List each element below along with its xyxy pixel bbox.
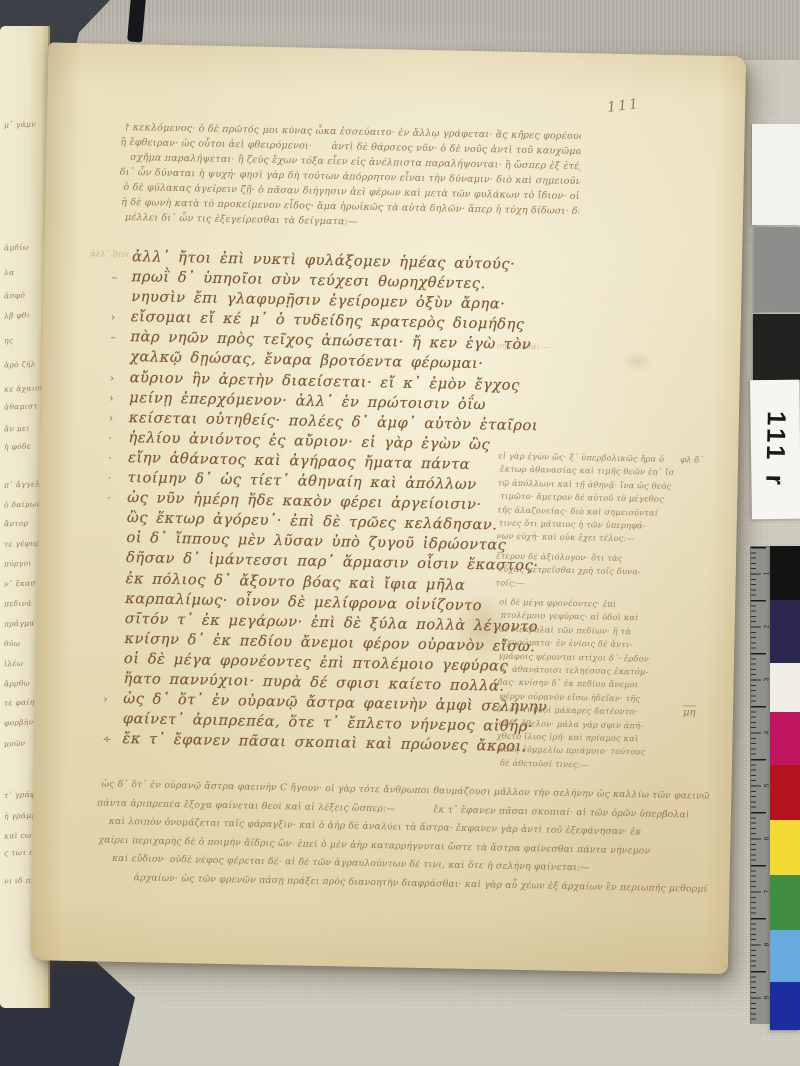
fore-edge-gloss: θύω <box>4 639 20 649</box>
right-margin-scholia-block-1: εἰ γὰρ ἐγὼν ὥς· ξ´ ὑπερβολικῶς ἤρα ὁἕκτω… <box>496 449 674 546</box>
grayscale-patch <box>754 227 800 312</box>
color-calibration-patch <box>770 765 800 820</box>
color-calibration-bar <box>770 546 800 1030</box>
fore-edge-gloss: π᾽ ἄγγελ <box>4 479 41 489</box>
bottom-scholia-block: ὡς δ᾽ ὅτ᾽ ἐν οὐρανῷ ἄστρα φαεινὴν Ϲ ἤγου… <box>95 776 709 900</box>
color-calibration-patch <box>770 820 800 875</box>
fore-edge-gloss: ης <box>4 336 14 345</box>
right-margin-scholia-block-2: ἕτερον δὲ ἀξιόλογον· ὅτι τὰςεὐχὰς μετρεῖ… <box>495 549 672 593</box>
margin-note-top-right: φλ δ´ <box>680 455 704 465</box>
color-calibration-patch <box>770 663 800 712</box>
folio-label-text: 111 r <box>759 410 792 488</box>
color-calibration-patch <box>770 982 800 1030</box>
fore-edge-gloss: κε ἀχαιοί <box>4 383 43 393</box>
color-calibration-patch <box>770 600 800 663</box>
color-calibration-patch <box>770 930 800 982</box>
grayscale-patch <box>753 314 800 380</box>
margin-siglum: · <box>108 452 128 465</box>
fore-edge-gloss: μνῶν <box>4 739 26 749</box>
right-margin-scholia-block-3: οἱ δὲ μέγα φρονέοντες· ἐπὶπτολέμοιο γεφύ… <box>496 596 675 774</box>
faint-margin-note: σημείωσαι — <box>496 341 550 351</box>
fore-edge-gloss: ἄν μει <box>4 424 30 434</box>
main-text-block: ἀλλ᾽ ἤτοι ἐπὶ νυκτὶ φυλάξομεν ἡμέας αὐτο… <box>102 248 562 759</box>
fore-edge-gloss: πεδινά <box>4 599 32 609</box>
grayscale-patch <box>752 124 800 225</box>
fore-edge-gloss: λα <box>4 268 15 277</box>
margin-siglum: › <box>109 411 129 424</box>
photographic-ruler: 1 2 3 4 5 6 7 8 9 <box>750 546 772 1024</box>
fore-edge-gloss: ὁ δαίμων <box>4 499 42 509</box>
margin-siglum: › <box>109 391 129 404</box>
margin-siglum: · <box>108 472 128 485</box>
fore-edge-gloss: ν᾽ ἕκασ <box>4 578 36 588</box>
color-calibration-patch <box>770 546 800 600</box>
folio-number: 111 <box>606 96 640 116</box>
fore-edge-gloss: ἄντορ <box>4 519 29 529</box>
grayscale-calibration-strip <box>752 124 800 382</box>
fore-edge-gloss: λβ φθι <box>4 311 30 321</box>
fore-edge-gloss: ἀρό ζήλ <box>4 359 36 369</box>
fore-edge-gloss: μ᾽ γάμν <box>4 119 36 129</box>
margin-siglum: ∻ <box>102 733 122 746</box>
margin-siglum: › <box>110 371 130 384</box>
fore-edge-gloss: ἀθαμιστ <box>4 401 38 411</box>
fore-edge-gloss: ἀμδίω <box>4 243 29 253</box>
margin-siglum: · <box>107 492 127 505</box>
top-scholia-block: † κεκλόμενος· ὁ δὲ πρῶτός μοι κύνας ὦκα … <box>119 120 581 234</box>
margin-note-bottom-right: μη <box>683 705 696 718</box>
fore-edge-gloss: ἱλέω <box>4 659 23 669</box>
margin-siglum: · <box>108 432 128 445</box>
margin-siglum: – <box>112 271 132 284</box>
fore-edge-gloss: φορβὴν <box>4 717 34 727</box>
margin-siglum: – <box>110 331 130 344</box>
manuscript-photograph: μ᾽ γάμνἀμδίωλαἀσφόλβ φθιηςἀρό ζήλκε ἀχαι… <box>0 0 800 1066</box>
fore-edge-gloss: ἀσφό <box>4 291 25 301</box>
fore-edge-gloss: ἡ φόδε <box>4 442 31 452</box>
margin-siglum: › <box>103 693 123 706</box>
fore-edge-gloss: πύργοι <box>4 559 32 569</box>
color-calibration-patch <box>770 712 800 765</box>
fore-edge-gloss: πρᾶγμα <box>4 618 35 628</box>
manuscript-page: 111 † κεκλόμενος· ὁ δὲ πρῶτός μοι κύνας … <box>30 42 746 974</box>
color-calibration-patch <box>770 875 800 930</box>
scholia-line: δὲ ἀθετοῦσί τινες:— <box>496 756 672 773</box>
fore-edge-gloss: τε φαίη <box>4 697 35 707</box>
folio-label-card: 111 r <box>750 380 800 520</box>
parchment-stain <box>622 350 652 373</box>
fore-edge-gloss: ἄρρθω <box>4 679 30 689</box>
margin-siglum: › <box>111 311 131 324</box>
